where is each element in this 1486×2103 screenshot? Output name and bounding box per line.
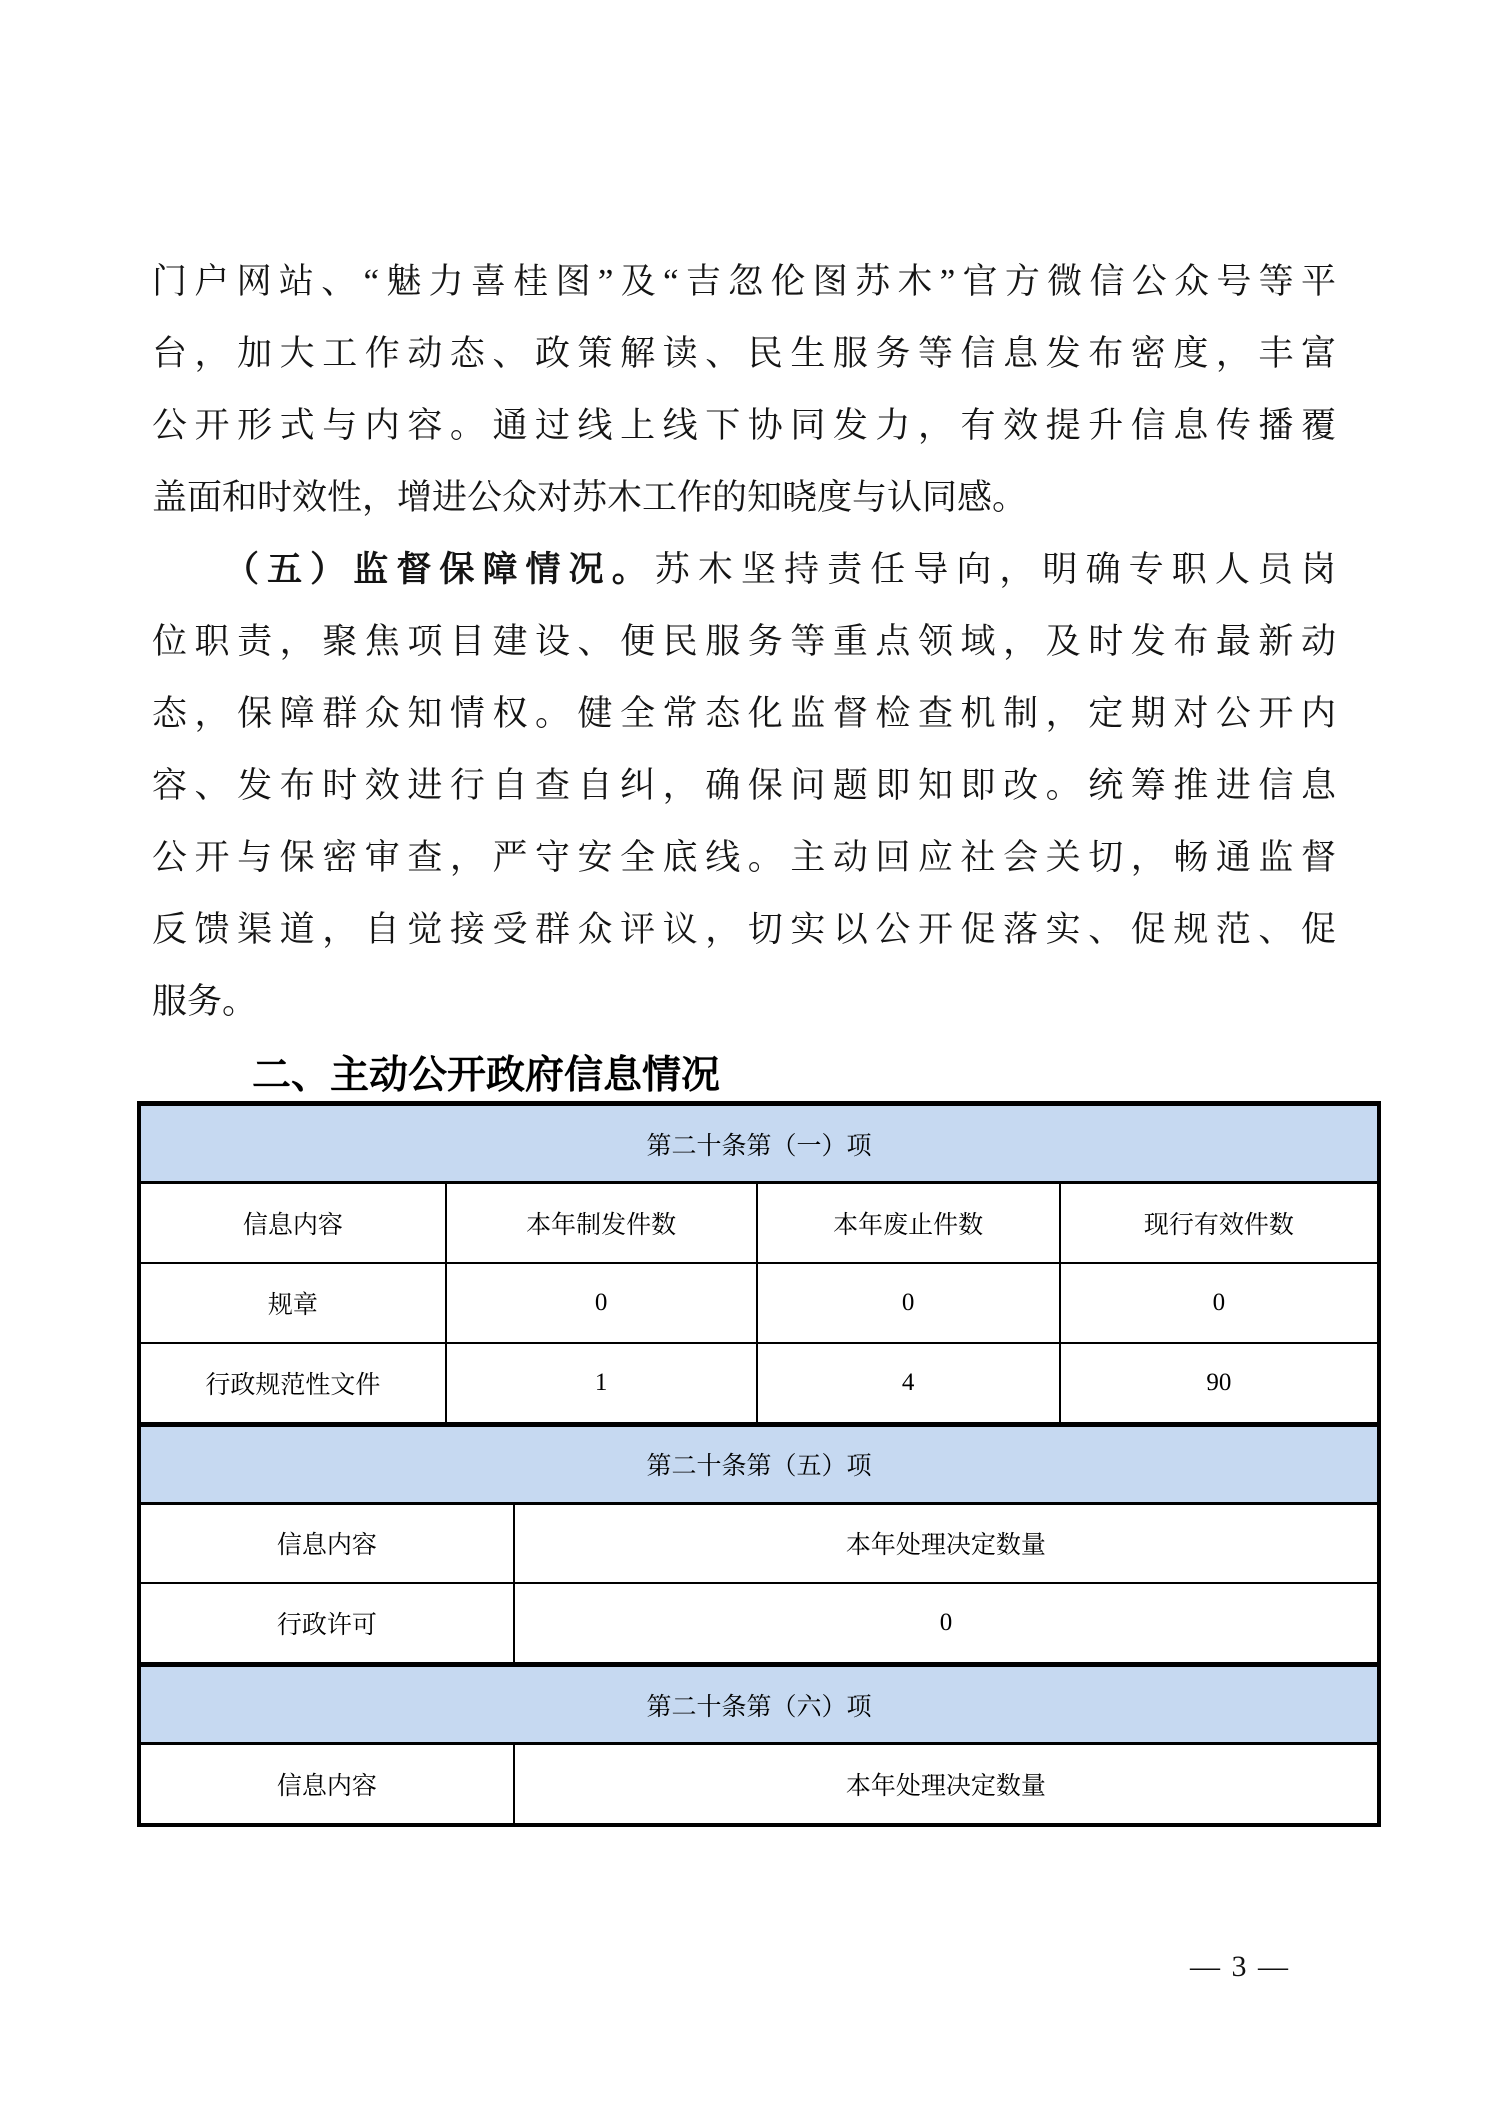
column-header-info-content: 信息内容 <box>140 1744 514 1824</box>
column-header-valid-count: 现行有效件数 <box>1060 1183 1378 1263</box>
table-band-title: 第二十条第（一）项 <box>140 1105 1378 1183</box>
table-band-title: 第二十条第（六）项 <box>140 1666 1378 1744</box>
info-disclosure-table: 第二十条第（一）项 信息内容 本年制发件数 本年废止件数 现行有效件数 规章 0… <box>137 1101 1381 1827</box>
paragraph-line: 反馈渠道，自觉接受群众评议，切实以公开促落实、促规范、促 <box>152 894 1336 966</box>
page-number: — 3 — <box>1160 1950 1320 1984</box>
table-section-article20-item5: 第二十条第（五）项 信息内容 本年处理决定数量 行政许可 0 <box>139 1424 1379 1665</box>
table-cell: 90 <box>1060 1343 1378 1423</box>
table-cell: 0 <box>514 1583 1378 1663</box>
column-header-issued-count: 本年制发件数 <box>446 1183 757 1263</box>
table-header-row: 信息内容 本年处理决定数量 <box>140 1744 1378 1824</box>
document-page: 门户网站、“魅力喜桂图”及“吉忽伦图苏木”官方微信公众号等平 台，加大工作动态、… <box>0 0 1486 2103</box>
table-header-row: 信息内容 本年制发件数 本年废止件数 现行有效件数 <box>140 1183 1378 1263</box>
table-section-article20-item1: 第二十条第（一）项 信息内容 本年制发件数 本年废止件数 现行有效件数 规章 0… <box>139 1103 1379 1424</box>
row-label: 规章 <box>140 1263 446 1343</box>
table-cell: 4 <box>757 1343 1060 1423</box>
table-header-row: 信息内容 本年处理决定数量 <box>140 1503 1378 1583</box>
paragraph-line: 态，保障群众知情权。健全常态化监督检查机制，定期对公开内 <box>152 678 1336 750</box>
table-band-row: 第二十条第（五）项 <box>140 1425 1378 1503</box>
body-text: 门户网站、“魅力喜桂图”及“吉忽伦图苏木”官方微信公众号等平 台，加大工作动态、… <box>152 246 1336 1114</box>
column-header-decision-count: 本年处理决定数量 <box>514 1744 1378 1824</box>
column-header-abolished-count: 本年废止件数 <box>757 1183 1060 1263</box>
table-band-title: 第二十条第（五）项 <box>140 1425 1378 1503</box>
table-section-article20-item6: 第二十条第（六）项 信息内容 本年处理决定数量 <box>139 1664 1379 1825</box>
column-header-info-content: 信息内容 <box>140 1183 446 1263</box>
paragraph-line: 服务。 <box>152 966 1336 1038</box>
column-header-info-content: 信息内容 <box>140 1503 514 1583</box>
table-cell: 0 <box>446 1263 757 1343</box>
table-band-row: 第二十条第（六）项 <box>140 1666 1378 1744</box>
paragraph-line: 门户网站、“魅力喜桂图”及“吉忽伦图苏木”官方微信公众号等平 <box>152 246 1336 318</box>
paragraph-line: 公开与保密审查，严守安全底线。主动回应社会关切，畅通监督 <box>152 822 1336 894</box>
paragraph-line: 台，加大工作动态、政策解读、民生服务等信息发布密度，丰富 <box>152 318 1336 390</box>
paragraph-text: 苏木坚持责任导向，明确专职人员岗 <box>655 550 1336 589</box>
paragraph-bold-lead: （五）监督保障情况。 <box>224 550 655 589</box>
paragraph-line: （五）监督保障情况。苏木坚持责任导向，明确专职人员岗 <box>152 534 1336 606</box>
table-cell: 0 <box>757 1263 1060 1343</box>
table-cell: 0 <box>1060 1263 1378 1343</box>
table-band-row: 第二十条第（一）项 <box>140 1105 1378 1183</box>
paragraph-line: 盖面和时效性，增进公众对苏木工作的知晓度与认同感。 <box>152 462 1336 534</box>
table-row: 行政许可 0 <box>140 1583 1378 1663</box>
table-row: 行政规范性文件 1 4 90 <box>140 1343 1378 1423</box>
paragraph-line: 公开形式与内容。通过线上线下协同发力，有效提升信息传播覆 <box>152 390 1336 462</box>
row-label: 行政规范性文件 <box>140 1343 446 1423</box>
column-header-decision-count: 本年处理决定数量 <box>514 1503 1378 1583</box>
table-row: 规章 0 0 0 <box>140 1263 1378 1343</box>
table-cell: 1 <box>446 1343 757 1423</box>
paragraph-line: 位职责，聚焦项目建设、便民服务等重点领域，及时发布最新动 <box>152 606 1336 678</box>
paragraph-line: 容、发布时效进行自查自纠，确保问题即知即改。统筹推进信息 <box>152 750 1336 822</box>
row-label: 行政许可 <box>140 1583 514 1663</box>
